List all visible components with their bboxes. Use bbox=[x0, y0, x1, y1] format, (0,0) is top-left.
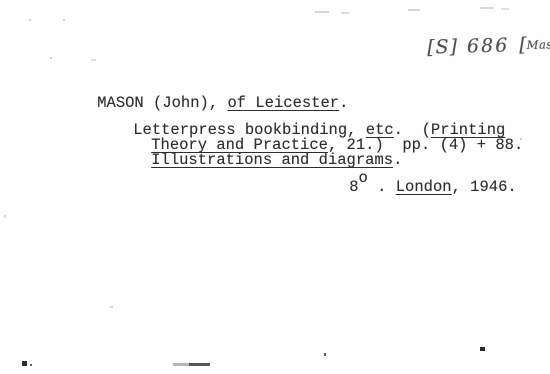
artifact-speck bbox=[50, 57, 52, 59]
artifact-pencil-dash bbox=[480, 7, 494, 9]
artifact-pencil-dash bbox=[341, 12, 349, 14]
artifact-speck bbox=[324, 353, 326, 356]
shelfmark-class: [S] bbox=[427, 36, 458, 59]
artifact-ink-spot bbox=[22, 361, 27, 366]
artifact-smudge bbox=[189, 363, 210, 366]
artifact-smudge bbox=[173, 363, 189, 366]
imprint-place: London bbox=[396, 178, 452, 196]
imprint-line: 8o . London, 1946. bbox=[312, 160, 517, 214]
shelfmark-annotation: [S]686[Mason] bbox=[398, 11, 550, 82]
artifact-speck bbox=[4, 215, 6, 218]
artifact-pencil-dash bbox=[501, 8, 509, 10]
shelfmark-name: [Mason] bbox=[519, 33, 550, 56]
format-superscript-o: o bbox=[359, 169, 368, 187]
format-size: 8 bbox=[349, 178, 358, 196]
shelfmark-name-open-bracket: [ bbox=[519, 34, 527, 56]
artifact-pencil-dash bbox=[408, 9, 420, 11]
shelfmark-name-text: Mason bbox=[527, 37, 550, 52]
artifact-speck bbox=[30, 364, 32, 366]
artifact-pencil-dash bbox=[315, 11, 329, 13]
imprint-date: , 1946. bbox=[452, 178, 517, 196]
artifact-speck bbox=[29, 19, 31, 21]
shelfmark-number: 686 bbox=[467, 34, 510, 57]
artifact-speck bbox=[520, 138, 522, 140]
artifact-ink-spot bbox=[480, 347, 485, 351]
artifact-speck bbox=[110, 306, 113, 308]
imprint-separator: . bbox=[368, 178, 396, 196]
artifact-speck bbox=[505, 150, 507, 152]
catalog-card: [S]686[Mason] MASON (John), of Leicester… bbox=[0, 0, 550, 374]
artifact-speck bbox=[63, 19, 65, 21]
artifact-speck bbox=[91, 59, 96, 61]
